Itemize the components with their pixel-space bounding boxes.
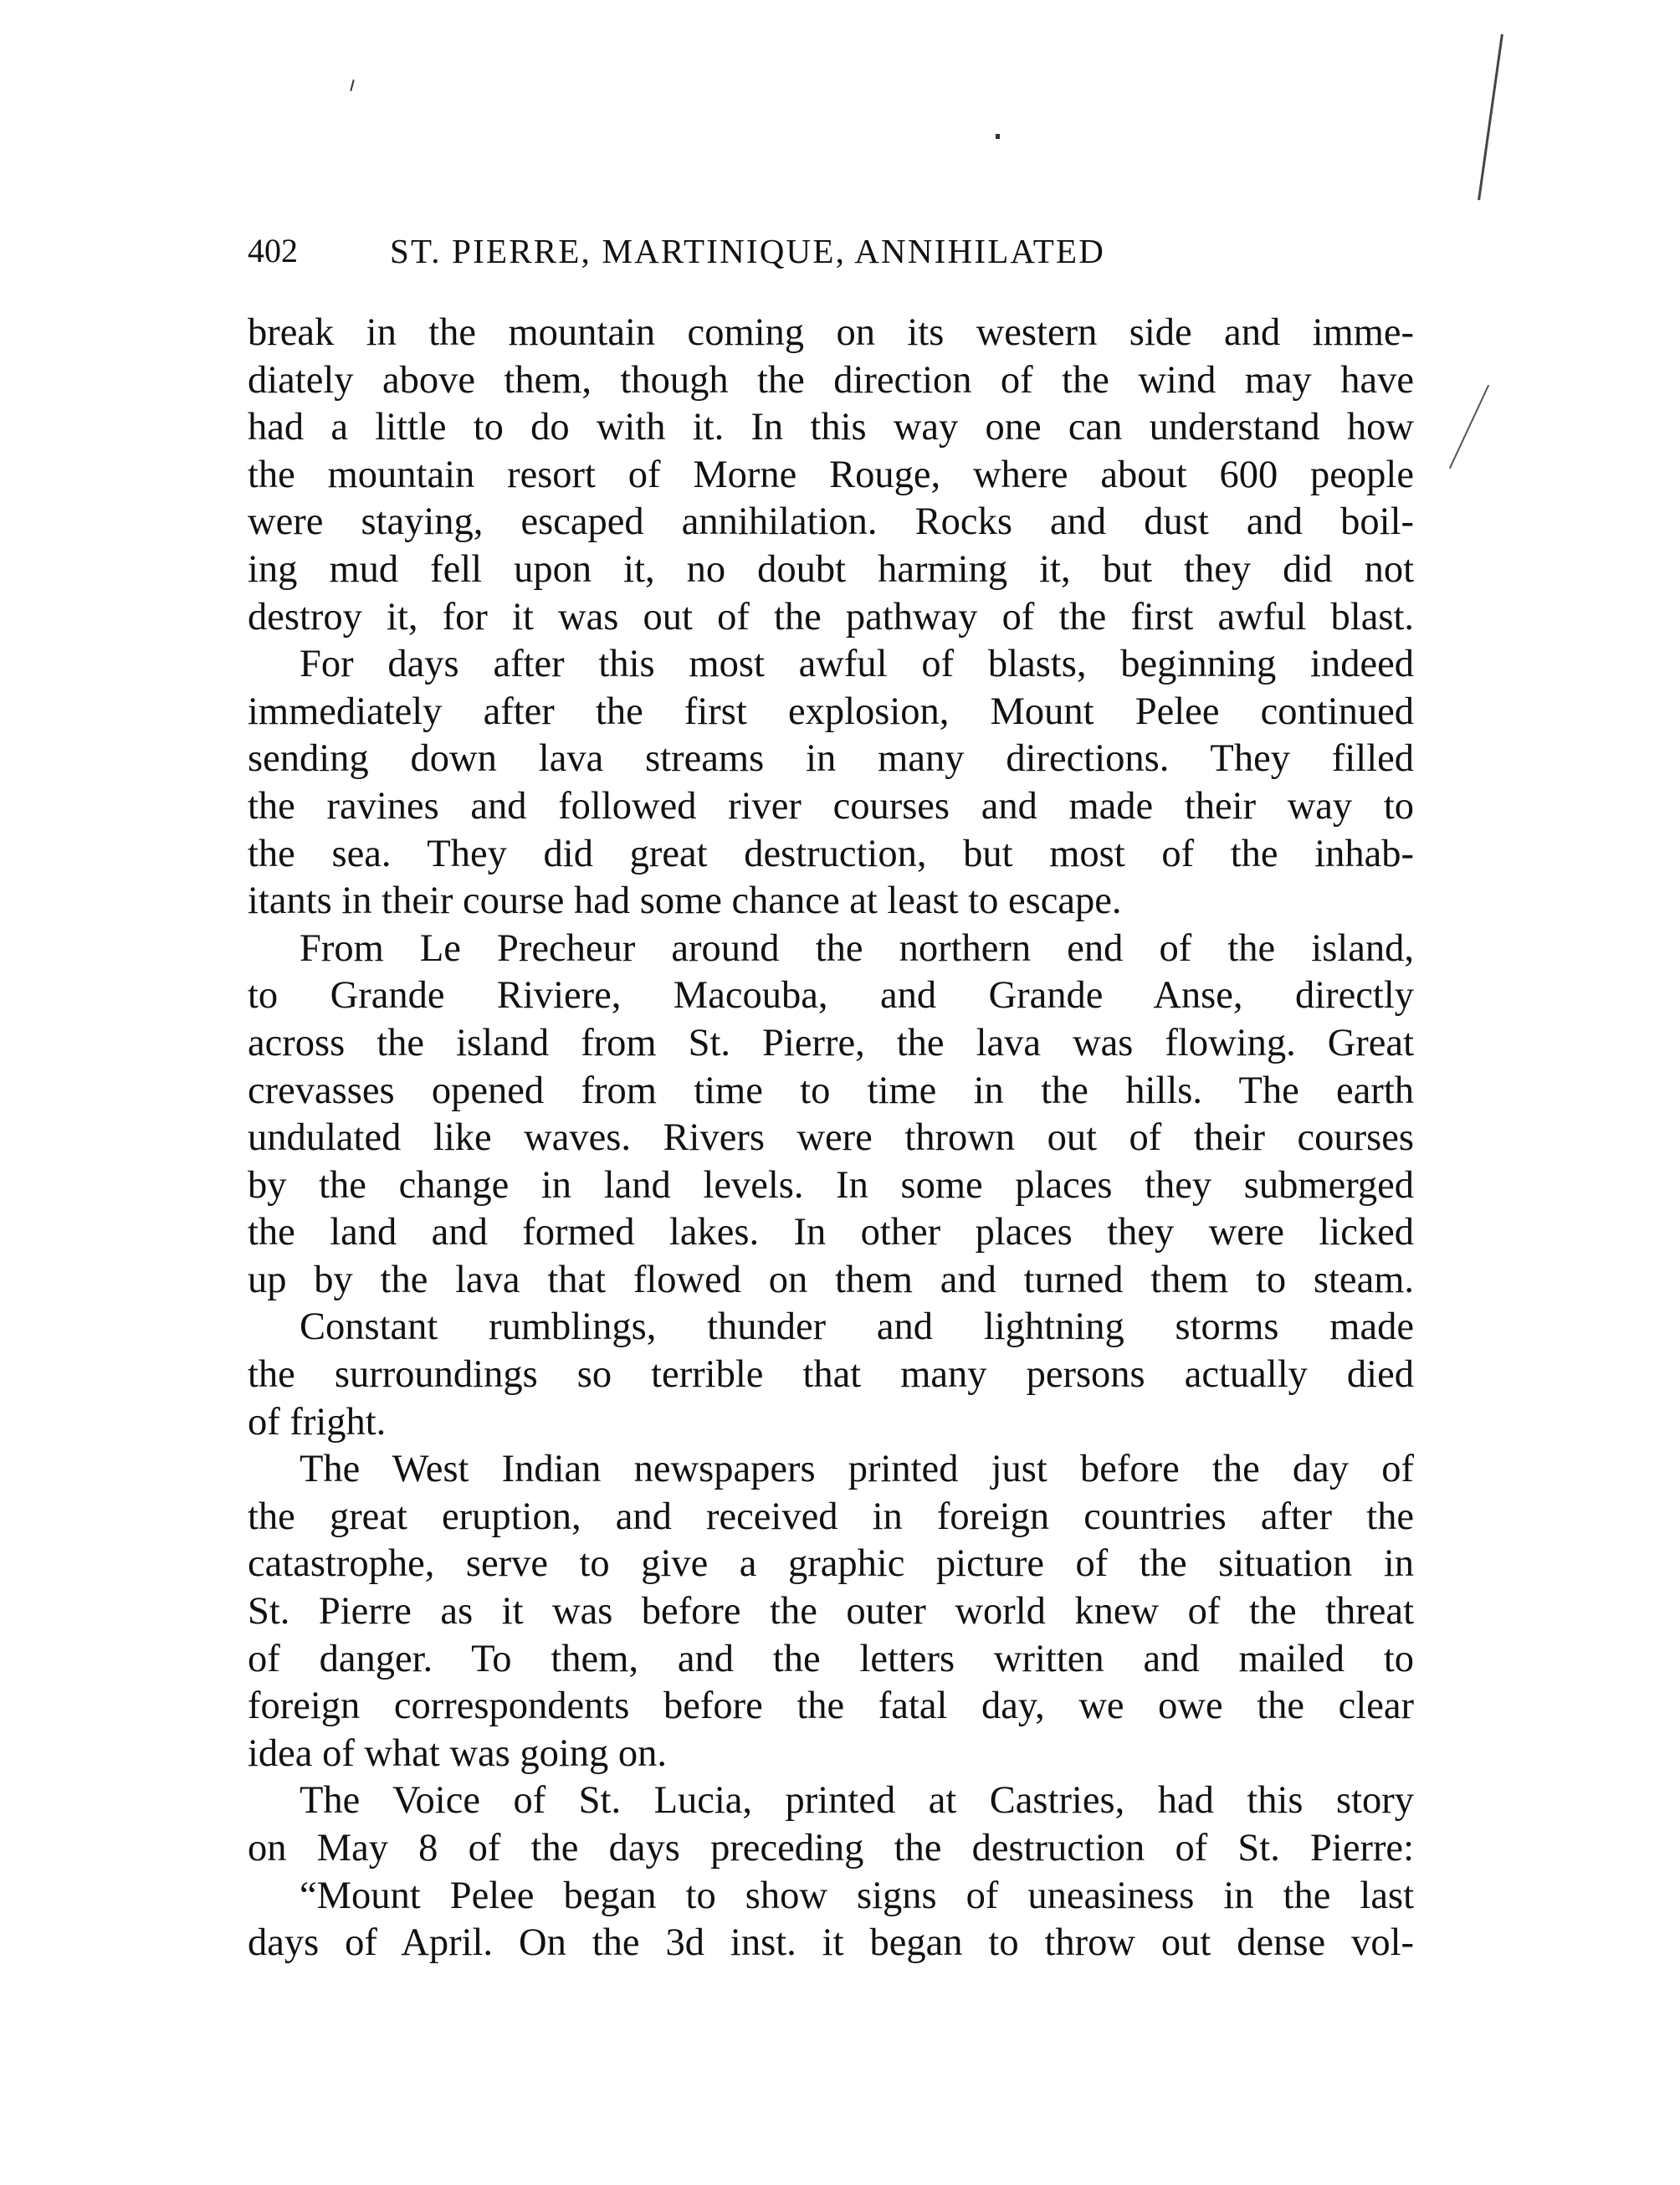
text-line: by the change in land levels. In some pl…	[248, 1162, 1414, 1210]
text-line: across the island from St. Pierre, the l…	[248, 1020, 1414, 1068]
paragraph: From Le Precheur around the northern end…	[248, 926, 1414, 1305]
paragraph: The Voice of St. Lucia, printed at Castr…	[248, 1777, 1414, 1872]
text-line: The West Indian newspapers printed just …	[248, 1446, 1414, 1494]
scan-mark	[1449, 385, 1489, 469]
text-line: to Grande Riviere, Macouba, and Grande A…	[248, 972, 1414, 1020]
text-line: break in the mountain coming on its west…	[248, 310, 1414, 357]
text-line: of danger. To them, and the letters writ…	[248, 1636, 1414, 1684]
paragraph: The West Indian newspapers printed just …	[248, 1446, 1414, 1777]
text-line: itants in their course had some chance a…	[248, 878, 1414, 926]
paragraph: Constant rumblings, thunder and lightnin…	[248, 1304, 1414, 1446]
text-line: immediately after the first explosion, M…	[248, 689, 1414, 736]
text-line: undulated like waves. Rivers were thrown…	[248, 1115, 1414, 1162]
running-head-title: ST. PIERRE, MARTINIQUE, ANNIHILATED	[390, 228, 1105, 274]
text-line: days of April. On the 3d inst. it began …	[248, 1920, 1414, 1967]
text-line: on May 8 of the days preceding the destr…	[248, 1825, 1414, 1873]
text-line: of fright.	[248, 1399, 1414, 1447]
text-line: The Voice of St. Lucia, printed at Castr…	[248, 1777, 1414, 1825]
text-line: St. Pierre as it was before the outer wo…	[248, 1588, 1414, 1636]
text-line: were staying, escaped annihilation. Rock…	[248, 499, 1414, 546]
text-line: up by the lava that flowed on them and t…	[248, 1257, 1414, 1305]
text-line: the mountain resort of Morne Rouge, wher…	[248, 452, 1414, 500]
text-line: the sea. They did great destruction, but…	[248, 831, 1414, 879]
text-line: “Mount Pelee began to show signs of unea…	[248, 1873, 1414, 1921]
scan-mark	[1478, 34, 1503, 200]
text-line: From Le Precheur around the northern end…	[248, 926, 1414, 973]
text-line: ing mud fell upon it, no doubt harming i…	[248, 546, 1414, 594]
text-line: sending down lava streams in many direct…	[248, 736, 1414, 783]
paragraph: break in the mountain coming on its west…	[248, 310, 1414, 641]
text-line: the land and formed lakes. In other plac…	[248, 1209, 1414, 1257]
paragraph: For days after this most awful of blasts…	[248, 641, 1414, 926]
text-line: destroy it, for it was out of the pathwa…	[248, 594, 1414, 642]
book-page: 402 ST. PIERRE, MARTINIQUE, ANNIHILATED …	[0, 0, 1680, 2185]
running-head: 402 ST. PIERRE, MARTINIQUE, ANNIHILATED	[248, 228, 1419, 274]
text-line: idea of what was going on.	[248, 1731, 1414, 1778]
text-line: the great eruption, and received in fore…	[248, 1494, 1414, 1541]
text-line: diately above them, though the direction…	[248, 357, 1414, 405]
text-line: the surroundings so terrible that many p…	[248, 1352, 1414, 1399]
page-number: 402	[248, 228, 298, 274]
text-line: had a little to do with it. In this way …	[248, 404, 1414, 452]
text-line: Constant rumblings, thunder and lightnin…	[248, 1304, 1414, 1352]
text-line: catastrophe, serve to give a graphic pic…	[248, 1541, 1414, 1588]
text-line: the ravines and followed river courses a…	[248, 783, 1414, 831]
paragraph: “Mount Pelee began to show signs of unea…	[248, 1873, 1414, 1967]
scan-mark	[996, 134, 1000, 139]
text-line: crevasses opened from time to time in th…	[248, 1068, 1414, 1116]
text-line: For days after this most awful of blasts…	[248, 641, 1414, 689]
scan-mark	[350, 80, 355, 91]
text-line: foreign correspondents before the fatal …	[248, 1683, 1414, 1731]
body-text: break in the mountain coming on its west…	[248, 310, 1414, 1967]
